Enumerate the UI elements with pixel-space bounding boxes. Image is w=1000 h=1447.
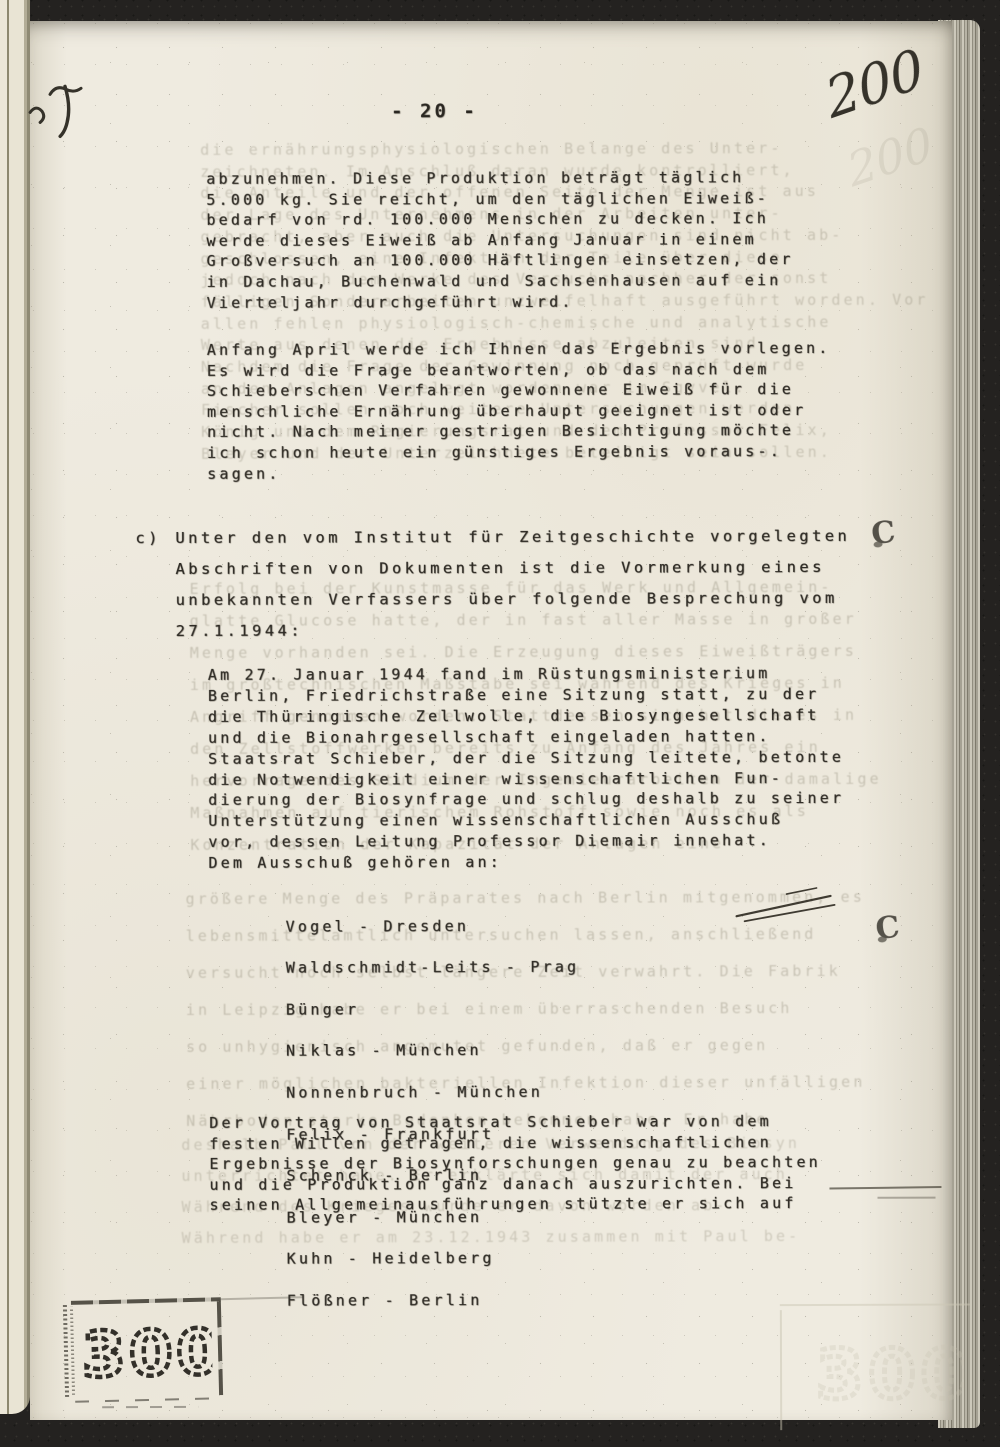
page-content: die ernährungsphysiologischen Belange de… [28,20,954,1422]
stamp-border-right [217,1299,223,1395]
bleedthrough-stamp-graphic: 300 [814,1326,964,1416]
handwritten-initial-mark [36,78,96,144]
document-page: die ernährungsphysiologischen Belange de… [30,21,952,1420]
stamp-border-bottom [75,1397,215,1403]
committee-member: Bünger [286,998,706,1020]
stamp-tiny-text-column-2 [70,1307,75,1395]
committee-member: Vogel - Dresden [286,915,706,937]
bleedthrough-stamp-box: 300 [780,1303,976,1434]
paragraph-meeting: Am 27. Januar 1944 fand im Rüstungsminis… [208,663,889,874]
committee-member: Kuhn - Heidelberg [287,1248,707,1270]
committee-member: Niklas - München [286,1040,706,1062]
committee-member: Nonnenbruch - München [286,1081,706,1103]
paragraph-schieber-lecture: Der Vortrag von Staatsrat Schieber war v… [209,1111,869,1216]
margin-dash-line-secondary [877,1197,935,1199]
page-number: - 20 - [391,100,478,122]
stamp-under-dashes [102,1406,198,1408]
facing-page-edge [0,0,30,1414]
bleedthrough-stamp-border-top [780,1303,970,1306]
item-c-text: Unter den vom Institut für Zeitgeschicht… [175,521,895,647]
bleedthrough-stamp-number: 300 [816,1335,964,1414]
copy-mark-lower: C [874,910,902,947]
paragraph-production: abzunehmen. Diese Produktion beträgt täg… [206,167,826,313]
item-c-marker: c) [135,523,161,554]
committee-member: Waldschmidt-Leits - Prag [286,957,706,979]
stamp-number: 300 [81,1315,213,1390]
paragraph-result-april: Anfang April werde ich Ihnen das Ergebni… [207,338,867,484]
archive-stamp-box: 300 [63,1297,223,1401]
stamp-border-top [71,1297,221,1305]
copy-mark-upper: C [870,515,898,552]
stamp-tiny-text-column [63,1305,69,1397]
bleedthrough-stamp-border-left [780,1310,782,1430]
stamp-number-graphic: 300 [79,1311,213,1390]
pen-scribble-mark [731,884,841,928]
committee-member: Flößner - Berlin [287,1289,707,1311]
